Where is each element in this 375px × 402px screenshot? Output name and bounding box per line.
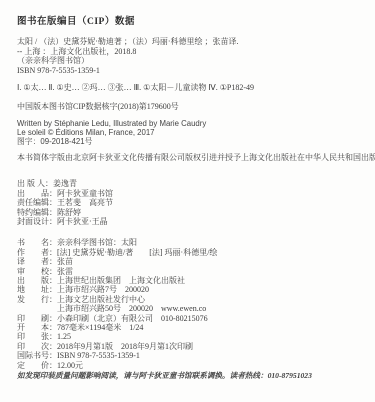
colophon-row: 发 行： 上海文艺出版社发行中心 xyxy=(17,295,365,304)
field-value: 姜逸青 xyxy=(53,179,77,188)
cip-description-block: 太阳 / （法）史黛芬妮·勒迪著 ；（法）玛丽·科德里绘 ；张苗译. -- 上海… xyxy=(17,37,365,75)
colophon-row: 审 校： 张雷 xyxy=(17,267,365,276)
cip-record-number: 中国版本图书馆CIP数据核字(2018)第179600号 xyxy=(17,102,365,112)
field-label xyxy=(17,304,57,313)
cip-line-isbn: ISBN 978-7-5535-1359-1 xyxy=(17,66,365,76)
colophon-row: 地 址： 上海市绍兴路7号 200020 xyxy=(17,285,365,294)
field-value: 张雷 xyxy=(57,267,73,276)
cip-line-series: （亲亲科学图书馆） xyxy=(17,56,365,66)
field-value: 阿卡狄亚·王晶 xyxy=(57,217,108,226)
cip-title: 图书在版编目（CIP）数据 xyxy=(17,13,365,27)
field-value: 张苗 xyxy=(57,257,73,266)
colophon-row: 开 本： 787毫米×1194毫米 1/24 xyxy=(17,323,365,332)
field-label: 特约编辑： xyxy=(17,208,57,217)
field-value: 阿卡狄亚童书馆 xyxy=(57,189,113,198)
field-label: 印 张： xyxy=(17,332,57,341)
field-value: 787毫米×1194毫米 1/24 xyxy=(57,323,143,332)
field-value: 上海市绍兴路50号 200020 www.ewen.co xyxy=(57,304,206,313)
staff-block: 出 版 人： 姜逸青 出 品： 阿卡狄亚童书馆 责任编辑： 王茗斐 高亮节 特约… xyxy=(17,179,365,226)
field-label: 审 校： xyxy=(17,267,57,276)
credit-original-copyright: Le soleil © Éditions Milan, France, 2017 xyxy=(17,128,365,137)
field-value: 1.25 xyxy=(57,332,71,341)
field-label: 地 址： xyxy=(17,285,57,294)
field-value: 亲亲科学图书馆：太阳 xyxy=(57,238,137,247)
field-label: 书 名： xyxy=(17,238,57,247)
colophon-row: 国际书号： ISBN 978-7-5535-1359-1 xyxy=(17,351,365,360)
colophon-row: 译 者： 张苗 xyxy=(17,257,365,266)
field-label: 出 版 人： xyxy=(17,179,53,188)
field-label: 印 刷： xyxy=(17,314,57,323)
colophon-block: 书 名： 亲亲科学图书馆：太阳 作 者： [法] 史黛芬妮·勒迪/著 [法] 玛… xyxy=(17,238,365,370)
field-label: 责任编辑： xyxy=(17,198,57,207)
field-value: [法] 史黛芬妮·勒迪/著 [法] 玛丽·科德里/绘 xyxy=(57,248,217,257)
field-label: 发 行： xyxy=(17,295,57,304)
credit-import-registration: 图字：09-2018-421号 xyxy=(17,137,365,146)
colophon-row: 书 名： 亲亲科学图书馆：太阳 xyxy=(17,238,365,247)
field-value: 王茗斐 高亮节 xyxy=(57,198,113,207)
field-label: 定 价： xyxy=(17,361,57,370)
field-label: 印 次： xyxy=(17,342,57,351)
quality-hotline-notice: 如发现印装质量问题影响阅读，请与阿卡狄亚童书馆联系调换。读者热线：010-879… xyxy=(17,371,365,380)
colophon-row: 定 价： 12.00元 xyxy=(17,361,365,370)
cip-line-title-statement: 太阳 / （法）史黛芬妮·勒迪著 ；（法）玛丽·科德里绘 ；张苗译. xyxy=(17,37,365,47)
original-edition-credits: Written by Stéphanie Ledu, Illustrated b… xyxy=(17,119,365,147)
field-value: 上海市绍兴路7号 200020 xyxy=(57,285,149,294)
field-value: 小森印刷（北京）有限公司 010-80215076 xyxy=(57,314,208,323)
field-value: 陈舒婷 xyxy=(57,208,81,217)
field-label: 出 品： xyxy=(17,189,57,198)
colophon-row: 印 次： 2018年9月第1版 2018年9月第1次印刷 xyxy=(17,342,365,351)
field-value: ISBN 978-7-5535-1359-1 xyxy=(57,351,140,360)
field-value: 2018年9月第1版 2018年9月第1次印刷 xyxy=(57,342,193,351)
field-value: 上海文艺出版社发行中心 xyxy=(57,295,145,304)
field-label: 国际书号： xyxy=(17,351,57,360)
copyright-page: 图书在版编目（CIP）数据 太阳 / （法）史黛芬妮·勒迪著 ；（法）玛丽·科德… xyxy=(0,0,375,402)
staff-row: 责任编辑： 王茗斐 高亮节 xyxy=(17,198,365,207)
cip-classification: Ⅰ. ①太… Ⅱ. ①史… ②玛… ③张… Ⅲ. ①太阳－儿童读物 Ⅳ. ①P1… xyxy=(17,83,365,93)
staff-row: 出 版 人： 姜逸青 xyxy=(17,179,365,188)
staff-row: 封面设计： 阿卡狄亚·王晶 xyxy=(17,217,365,226)
colophon-row: 印 张： 1.25 xyxy=(17,332,365,341)
staff-row: 特约编辑： 陈舒婷 xyxy=(17,208,365,217)
colophon-row: 作 者： [法] 史黛芬妮·勒迪/著 [法] 玛丽·科德里/绘 xyxy=(17,248,365,257)
field-label: 译 者： xyxy=(17,257,57,266)
rights-statement: 本书简体字版由北京阿卡狄亚文化传播有限公司版权引进并授予上海文化出版社在中华人民… xyxy=(17,153,365,163)
colophon-row-continuation: 上海市绍兴路50号 200020 www.ewen.co xyxy=(17,304,365,313)
cip-line-imprint: -- 上海 ：上海文化出版社，2018.8 xyxy=(17,47,365,57)
staff-row: 出 品： 阿卡狄亚童书馆 xyxy=(17,189,365,198)
field-label: 封面设计： xyxy=(17,217,57,226)
field-label: 作 者： xyxy=(17,248,57,257)
field-value: 12.00元 xyxy=(57,361,83,370)
colophon-row: 印 刷： 小森印刷（北京）有限公司 010-80215076 xyxy=(17,314,365,323)
credit-written-illustrated: Written by Stéphanie Ledu, Illustrated b… xyxy=(17,119,365,128)
